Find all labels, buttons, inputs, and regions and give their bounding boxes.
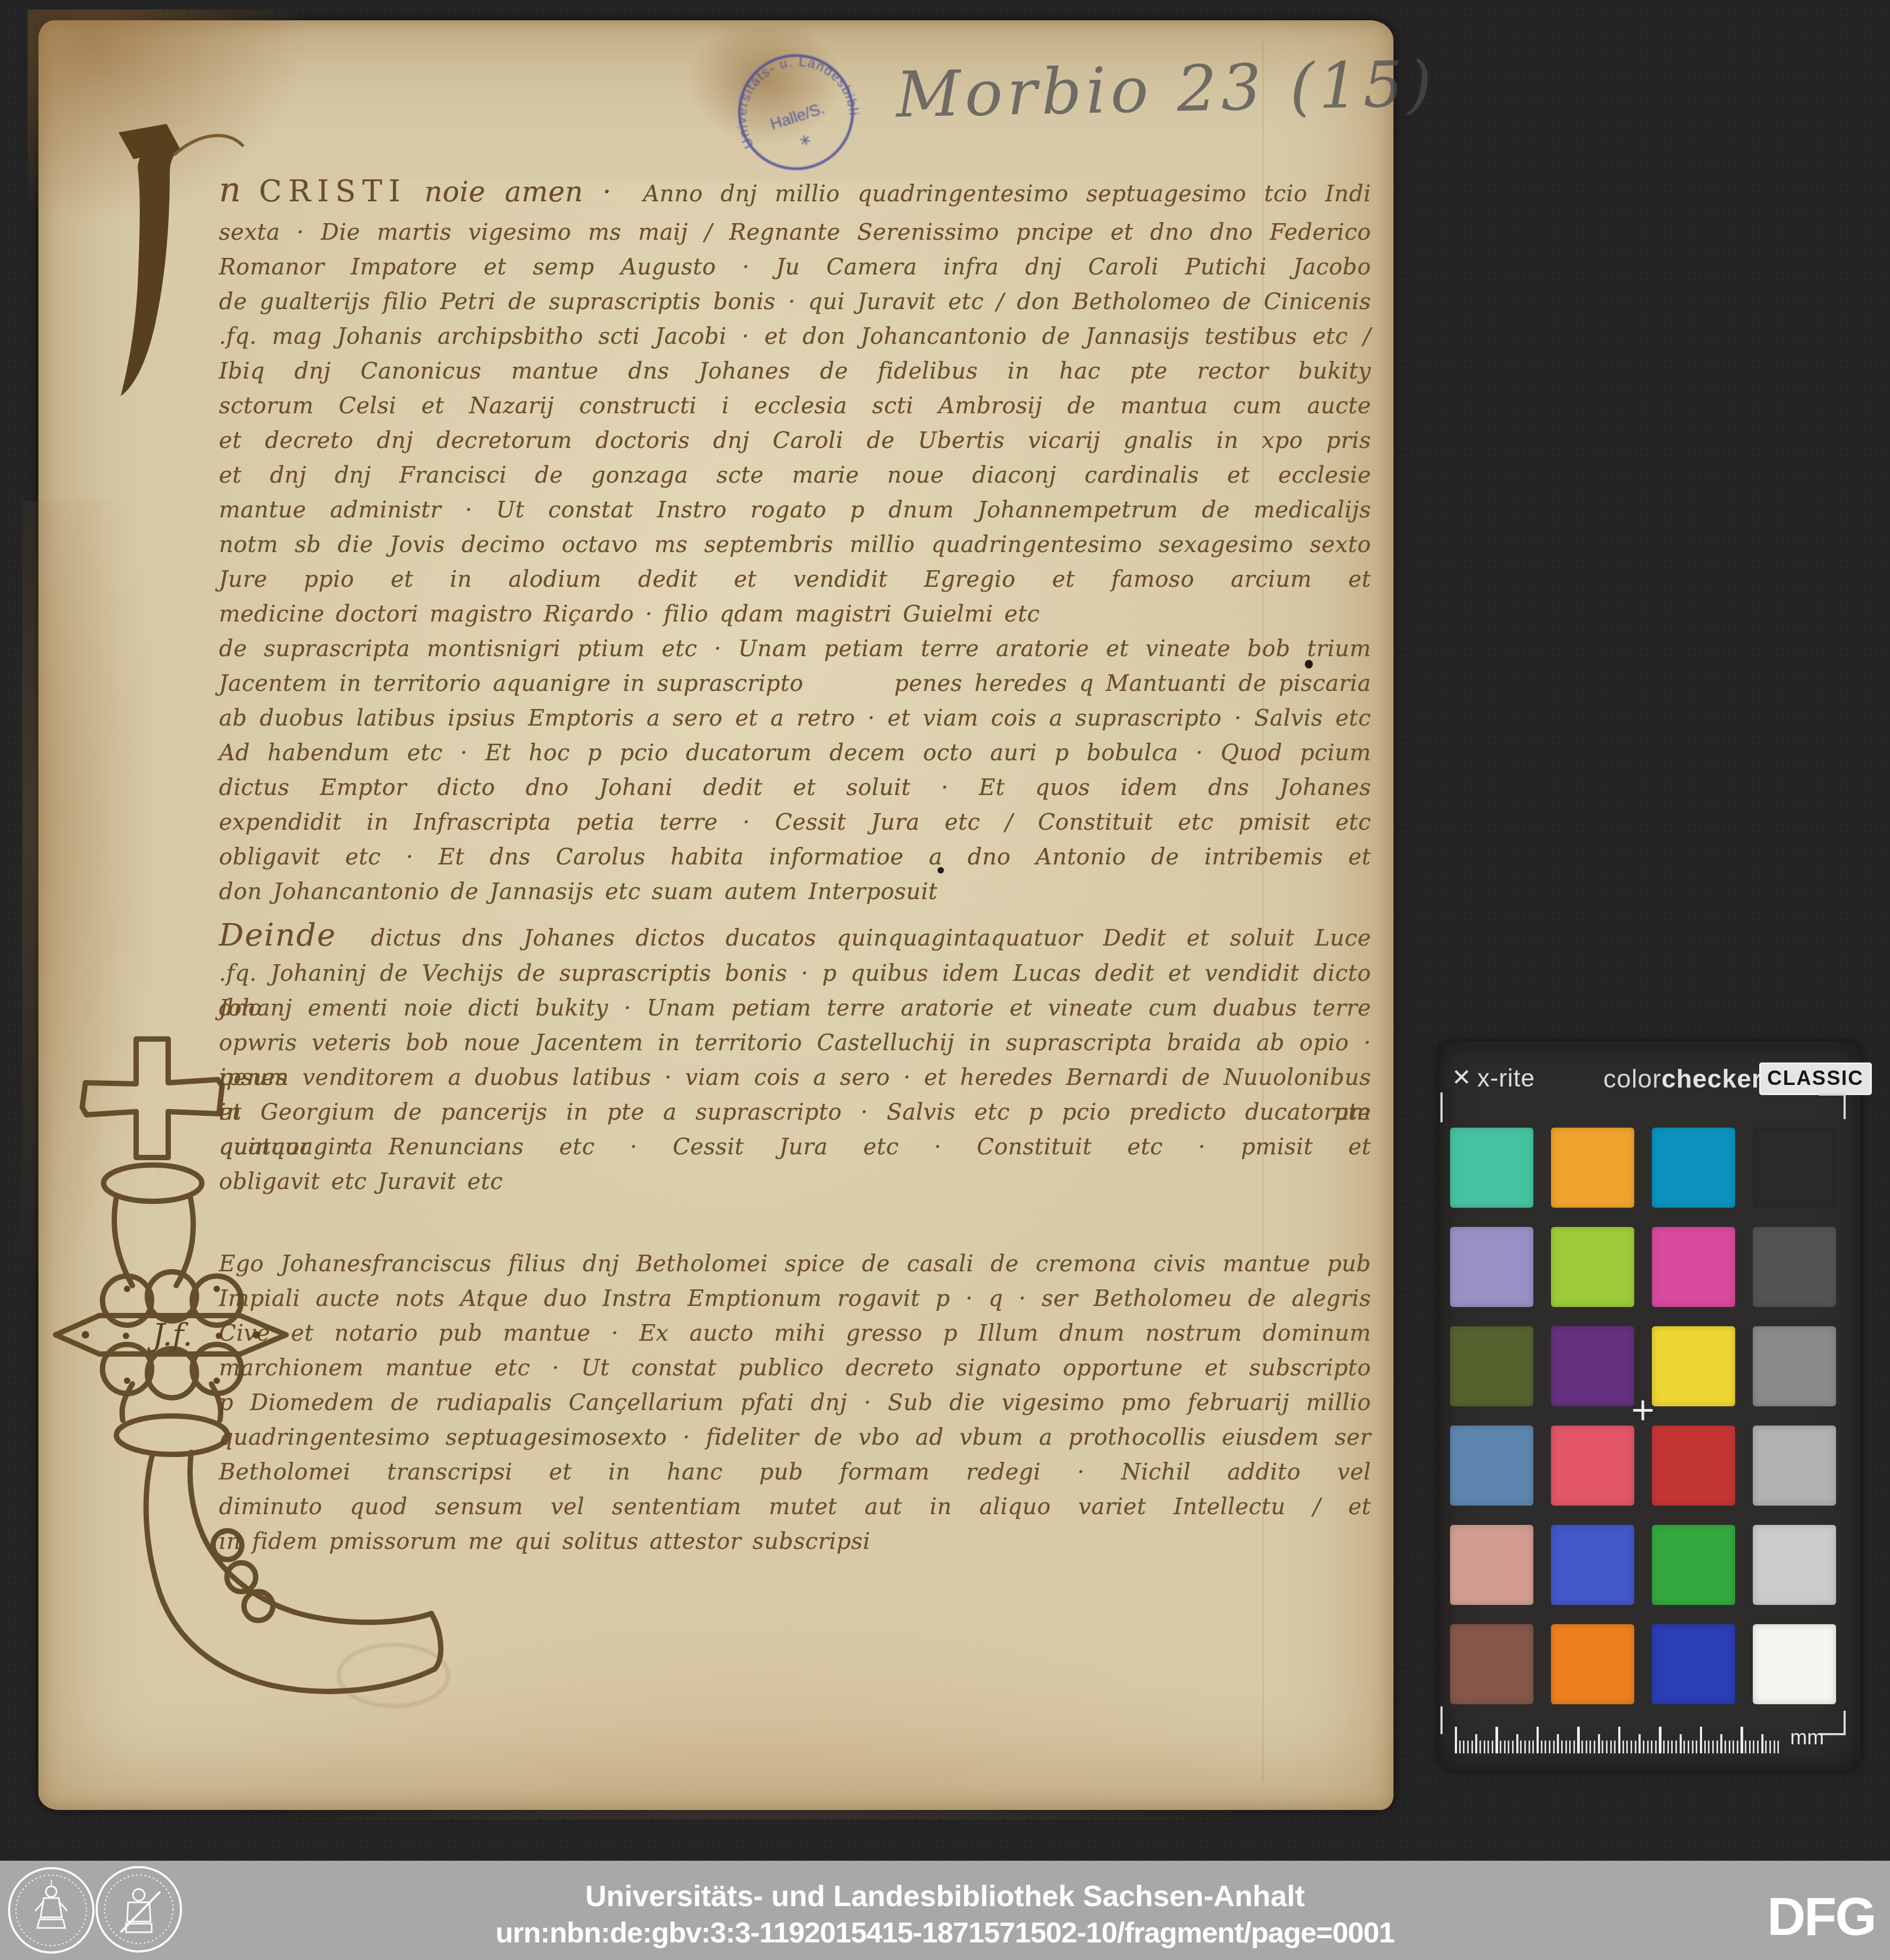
title-bold: checker <box>1661 1065 1762 1093</box>
registration-bracket <box>1440 1092 1443 1122</box>
xrite-brand-text: x-rite <box>1477 1064 1535 1092</box>
manuscript-line: n CRISTI noie amen · Anno dnj millio qua… <box>219 166 1371 215</box>
paragraph-keyword: Deinde <box>219 917 336 953</box>
manuscript-line: expendidit in Infrascripta petia terre ·… <box>219 805 1371 839</box>
color-patch <box>1450 1624 1533 1704</box>
title-light: color <box>1603 1065 1661 1093</box>
manuscript-line: .fq. Johaninj de Vechijs de suprascripti… <box>219 956 1371 990</box>
manuscript-line: obligavit etc · Et dns Carolus habita in… <box>219 839 1371 874</box>
manuscript-line: de suprascripta montisnigri ptium etc · … <box>219 631 1371 666</box>
opening-caps: CRISTI <box>259 174 407 209</box>
color-patch <box>1753 1624 1836 1704</box>
colorchecker-title: colorchecker <box>1603 1065 1762 1094</box>
color-patch <box>1450 1326 1533 1406</box>
colorchecker-card: ✕ x-rite colorchecker CLASSIC + mm <box>1439 1041 1861 1770</box>
manuscript-line: mantue administr · Ut constat Instro rog… <box>219 492 1371 527</box>
manuscript-line: Romanor Impatore et semp Augusto · Ju Ca… <box>219 249 1371 284</box>
svg-text:*: * <box>798 131 815 158</box>
color-patch <box>1450 1227 1533 1307</box>
urn-identifier: urn:nbn:de:gbv:3:3-1192015415-1871571502… <box>0 1916 1890 1949</box>
color-patch <box>1652 1128 1735 1208</box>
manuscript-line: Ad habendum etc · Et hoc p pcio ducatoru… <box>219 735 1371 770</box>
color-patch <box>1551 1227 1634 1307</box>
ink-dot <box>1305 660 1313 668</box>
opening-rest: noie amen · <box>424 176 612 208</box>
manuscript-line: notm sb die Jovis decimo octavo ms septe… <box>219 527 1371 562</box>
color-patch <box>1652 1326 1735 1406</box>
manuscript-line: medicine doctori magistro Riçardo · fili… <box>219 596 1371 631</box>
manuscript-line: Ibiq dnj Canonicus mantue dns Johanes de… <box>219 353 1371 388</box>
parchment-document: Universitäts- u. Landesbibliothek Halle/… <box>38 20 1393 1810</box>
color-patch <box>1551 1326 1634 1406</box>
manuscript-line: sctorum Celsi et Nazarij constructi i ec… <box>219 388 1371 423</box>
notary-initials: J.f. <box>147 1317 192 1353</box>
manuscript-line: Jacentem in territorio aquanigre in supr… <box>219 666 1371 700</box>
color-patch <box>1652 1227 1735 1307</box>
colorchecker-header: ✕ x-rite colorchecker CLASSIC <box>1439 1041 1861 1111</box>
manuscript-line: dictus Emptor dicto dno Johani dedit et … <box>219 770 1371 805</box>
opening-word: n <box>219 170 241 210</box>
footer-bar: Universitäts- und Landesbibliothek Sachs… <box>0 1861 1890 1960</box>
digitized-manuscript-photo: Universitäts- u. Landesbibliothek Halle/… <box>0 0 1890 1960</box>
xrite-x-icon: ✕ <box>1452 1066 1472 1090</box>
manuscript-line: ab duobus latibus ipsius Emptoris a sero… <box>219 700 1371 735</box>
color-patch <box>1652 1426 1735 1506</box>
manuscript-line: de gualterijs filio Petri de suprascript… <box>219 284 1371 319</box>
manuscript-line: Deinde dictus dns Johanes dictos ducatos… <box>219 914 1371 956</box>
ruler-unit-label: mm <box>1790 1727 1824 1750</box>
seal-ghost-mark <box>337 1643 450 1707</box>
color-patch <box>1551 1426 1634 1506</box>
xrite-logo: ✕ x-rite <box>1452 1064 1535 1092</box>
library-name: Universitäts- und Landesbibliothek Sachs… <box>0 1879 1890 1913</box>
shelfmark-inscription: Morbio 23 (15) <box>895 46 1437 131</box>
color-patch <box>1551 1624 1634 1704</box>
color-patch <box>1652 1525 1735 1605</box>
color-patch <box>1450 1525 1533 1605</box>
manuscript-line: Johanj ementi noie dicti bukity · Unam p… <box>219 990 1371 1025</box>
paragraph-in-cristi: n CRISTI noie amen · Anno dnj millio qua… <box>219 166 1371 909</box>
manuscript-line: Jure ppio et in alodium dedit et vendidi… <box>219 562 1371 596</box>
manuscript-line: don Johancantonio de Jannasijs etc suam … <box>219 874 1371 909</box>
classic-badge: CLASSIC <box>1759 1062 1872 1095</box>
color-patch <box>1551 1525 1634 1605</box>
manuscript-line: .fq. mag Johanis archipsbitho scti Jacob… <box>219 319 1371 353</box>
ruler-major-ticks <box>1455 1727 1782 1753</box>
registration-bracket <box>1819 1093 1846 1119</box>
manuscript-line: et decreto dnj decretorum doctoris dnj C… <box>219 423 1371 458</box>
svg-text:Universitäts- u. Landesbibliot: Universitäts- u. Landesbibliothek <box>729 43 863 156</box>
mm-ruler <box>1455 1726 1782 1753</box>
line-continuation: dictus dns Johanes dictos ducatos quinqu… <box>357 925 1371 951</box>
dfg-logo: DFG <box>1767 1886 1875 1948</box>
color-patch <box>1652 1624 1735 1704</box>
color-patch <box>1753 1525 1836 1605</box>
manuscript-line: et dnj dnj Francisci de gonzaga scte mar… <box>219 458 1371 492</box>
color-patch <box>1753 1326 1836 1406</box>
line-group: sexta · Die martis vigesimo ms maij / Re… <box>219 215 1371 909</box>
color-patch <box>1551 1128 1634 1208</box>
color-patch <box>1753 1128 1836 1208</box>
library-stamp: Universitäts- u. Landesbibliothek Halle/… <box>729 43 863 182</box>
color-patch <box>1450 1128 1533 1208</box>
svg-text:Halle/S.: Halle/S. <box>768 99 827 133</box>
registration-bracket <box>1440 1706 1443 1734</box>
manuscript-line: sexta · Die martis vigesimo ms maij / Re… <box>219 215 1371 249</box>
registration-cross-icon: + <box>1627 1394 1659 1426</box>
notary-mark: J.f. <box>48 1023 497 1717</box>
ink-dot <box>938 867 944 873</box>
color-patch <box>1753 1227 1836 1307</box>
line-continuation: Anno dnj millio quadringentesimo septuag… <box>629 180 1371 207</box>
color-patch <box>1753 1426 1836 1506</box>
color-patch <box>1450 1426 1533 1506</box>
